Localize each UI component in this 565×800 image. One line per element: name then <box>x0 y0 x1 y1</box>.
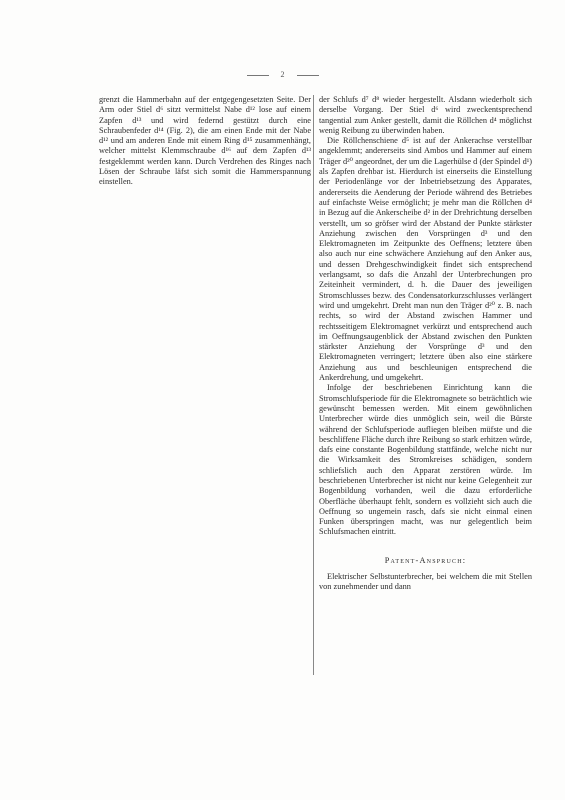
page-number: 2 <box>281 70 285 79</box>
paragraph: Infolge der beschriebenen Einrichtung ka… <box>319 383 532 537</box>
paragraph: grenzt die Hammerbahn auf der entgegenge… <box>99 95 311 188</box>
patent-claim-text: Elektrischer Selbstunterbrecher, bei wel… <box>319 572 532 593</box>
column-divider <box>313 95 314 675</box>
header-rule-left <box>247 75 269 76</box>
patent-claim-heading: Patent-Anspruch: <box>319 556 532 566</box>
document-page: 2 grenzt die Hammerbahn auf der entgegen… <box>0 0 565 800</box>
right-column: der Schlufs d⁷ d⁸ wieder hergestellt. Al… <box>319 95 532 593</box>
left-column: grenzt die Hammerbahn auf der entgegenge… <box>99 95 311 188</box>
header-rule-right <box>297 75 319 76</box>
paragraph: der Schlufs d⁷ d⁸ wieder hergestellt. Al… <box>319 95 532 136</box>
paragraph: Die Röllchenschiene d⁵ ist auf der Anker… <box>319 136 532 383</box>
page-header: 2 <box>0 70 565 79</box>
